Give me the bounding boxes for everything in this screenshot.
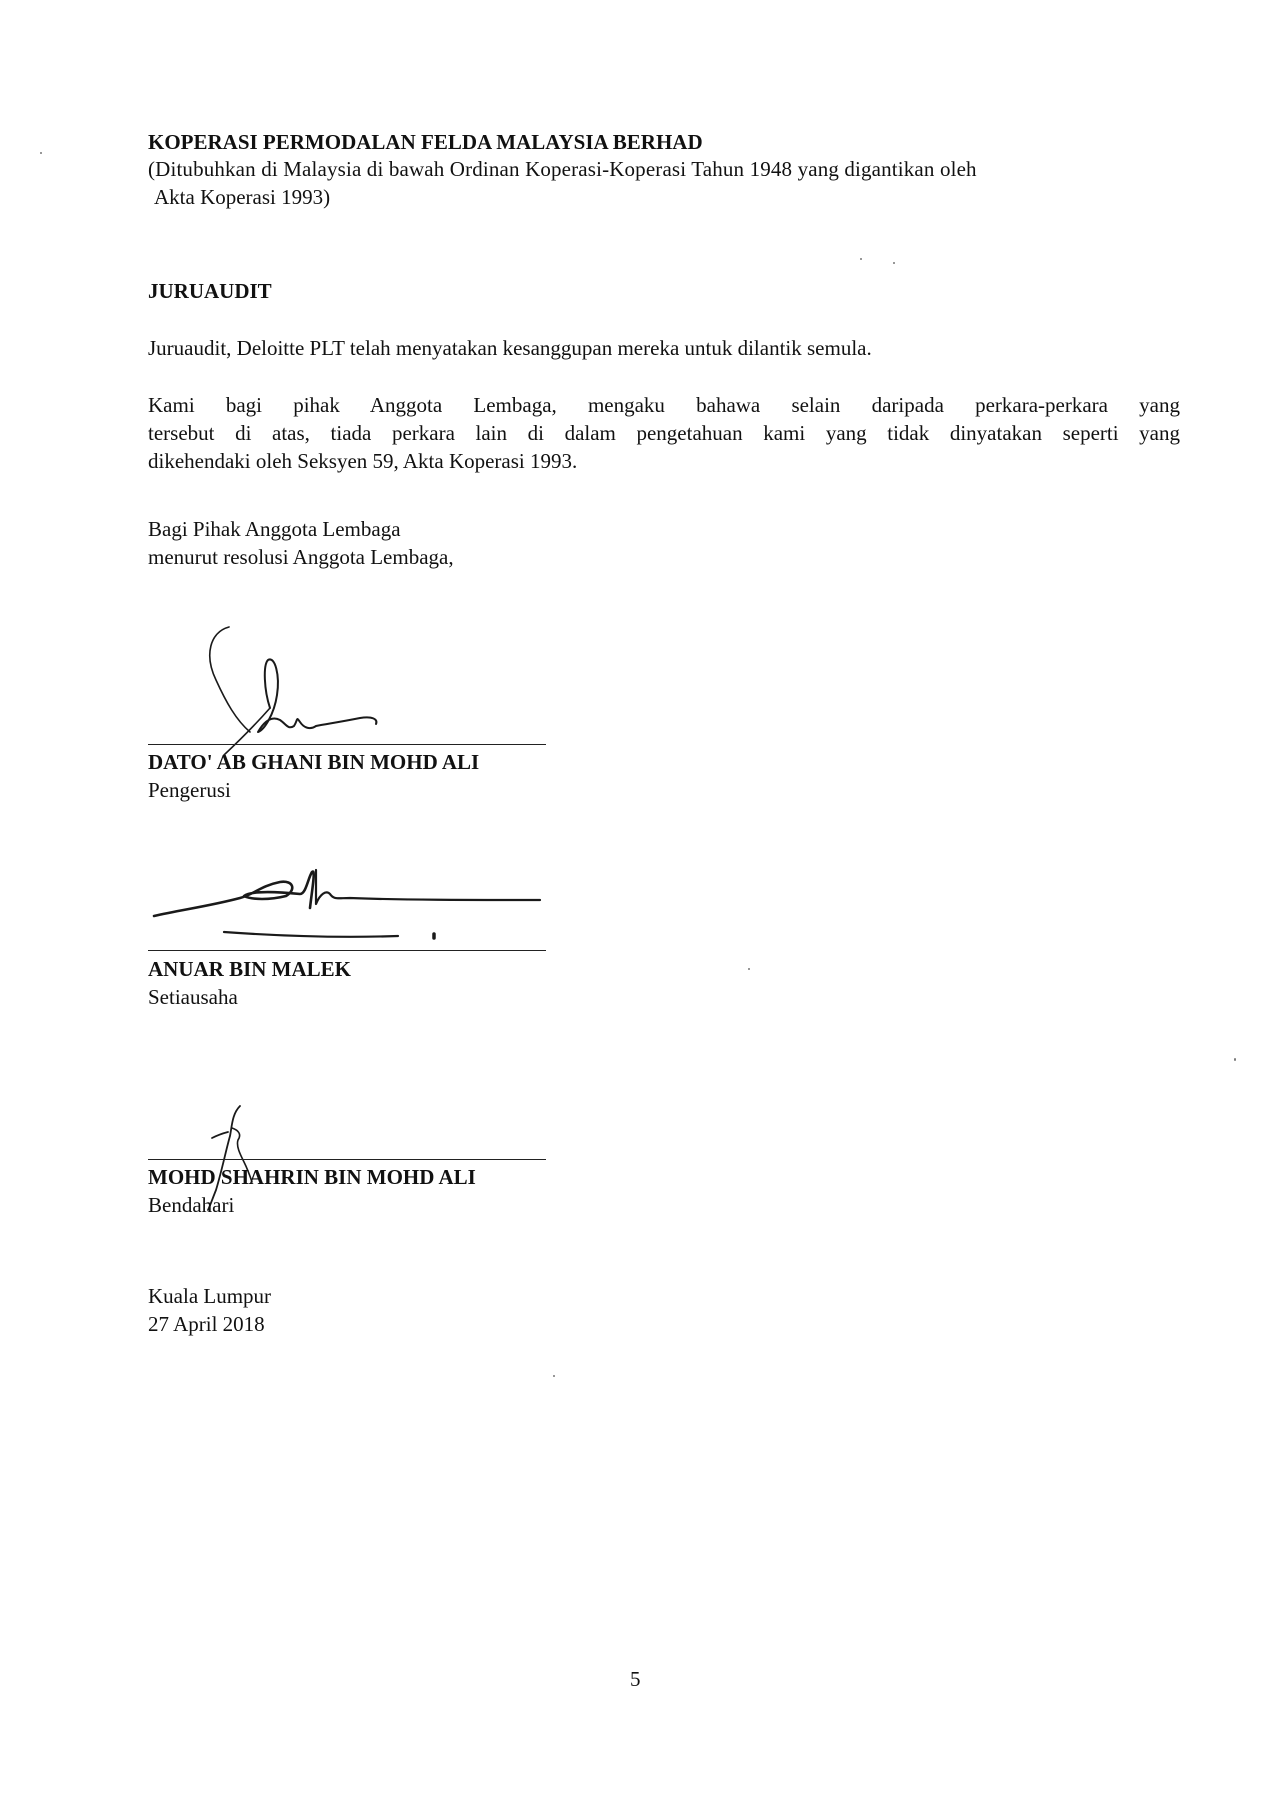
signature-secretary [140, 860, 560, 960]
signature-line-secretary [148, 950, 546, 951]
organization-name: KOPERASI PERMODALAN FELDA MALAYSIA BERHA… [148, 128, 703, 157]
signatory-title-secretary: Setiausaha [148, 983, 238, 1012]
declaration-line2: tersebut di atas, tiada perkara lain di … [148, 419, 1180, 448]
auditor-paragraph: Juruaudit, Deloitte PLT telah menyatakan… [148, 334, 872, 363]
signatory-name-secretary: ANUAR BIN MALEK [148, 955, 351, 984]
signatory-title-chairman: Pengerusi [148, 776, 231, 805]
scan-speck [553, 1375, 555, 1377]
signatory-name-chairman: DATO' AB GHANI BIN MOHD ALI [148, 748, 479, 777]
declaration-line1: Kami bagi pihak Anggota Lembaga, mengaku… [148, 391, 1180, 420]
page-number: 5 [630, 1665, 641, 1694]
signature-chairman [140, 620, 540, 760]
scan-speck [1234, 1058, 1236, 1061]
signature-line-chairman [148, 744, 546, 745]
board-statement-line2: menurut resolusi Anggota Lembaga, [148, 543, 454, 572]
signature-line-treasurer [148, 1159, 546, 1160]
signing-date: 27 April 2018 [148, 1310, 265, 1339]
scan-speck [860, 258, 862, 260]
incorporation-note-line2: Akta Koperasi 1993) [154, 183, 330, 212]
signatory-title-treasurer: Bendahari [148, 1191, 234, 1220]
board-statement-line1: Bagi Pihak Anggota Lembaga [148, 515, 401, 544]
scan-speck [893, 262, 895, 264]
scan-speck [748, 968, 750, 970]
scan-speck [40, 152, 42, 154]
signing-place: Kuala Lumpur [148, 1282, 271, 1311]
incorporation-note-line1: (Ditubuhkan di Malaysia di bawah Ordinan… [148, 155, 977, 184]
declaration-line3: dikehendaki oleh Seksyen 59, Akta Kopera… [148, 447, 577, 476]
section-heading-auditor: JURUAUDIT [148, 277, 272, 306]
signatory-name-treasurer: MOHD SHAHRIN BIN MOHD ALI [148, 1163, 476, 1192]
